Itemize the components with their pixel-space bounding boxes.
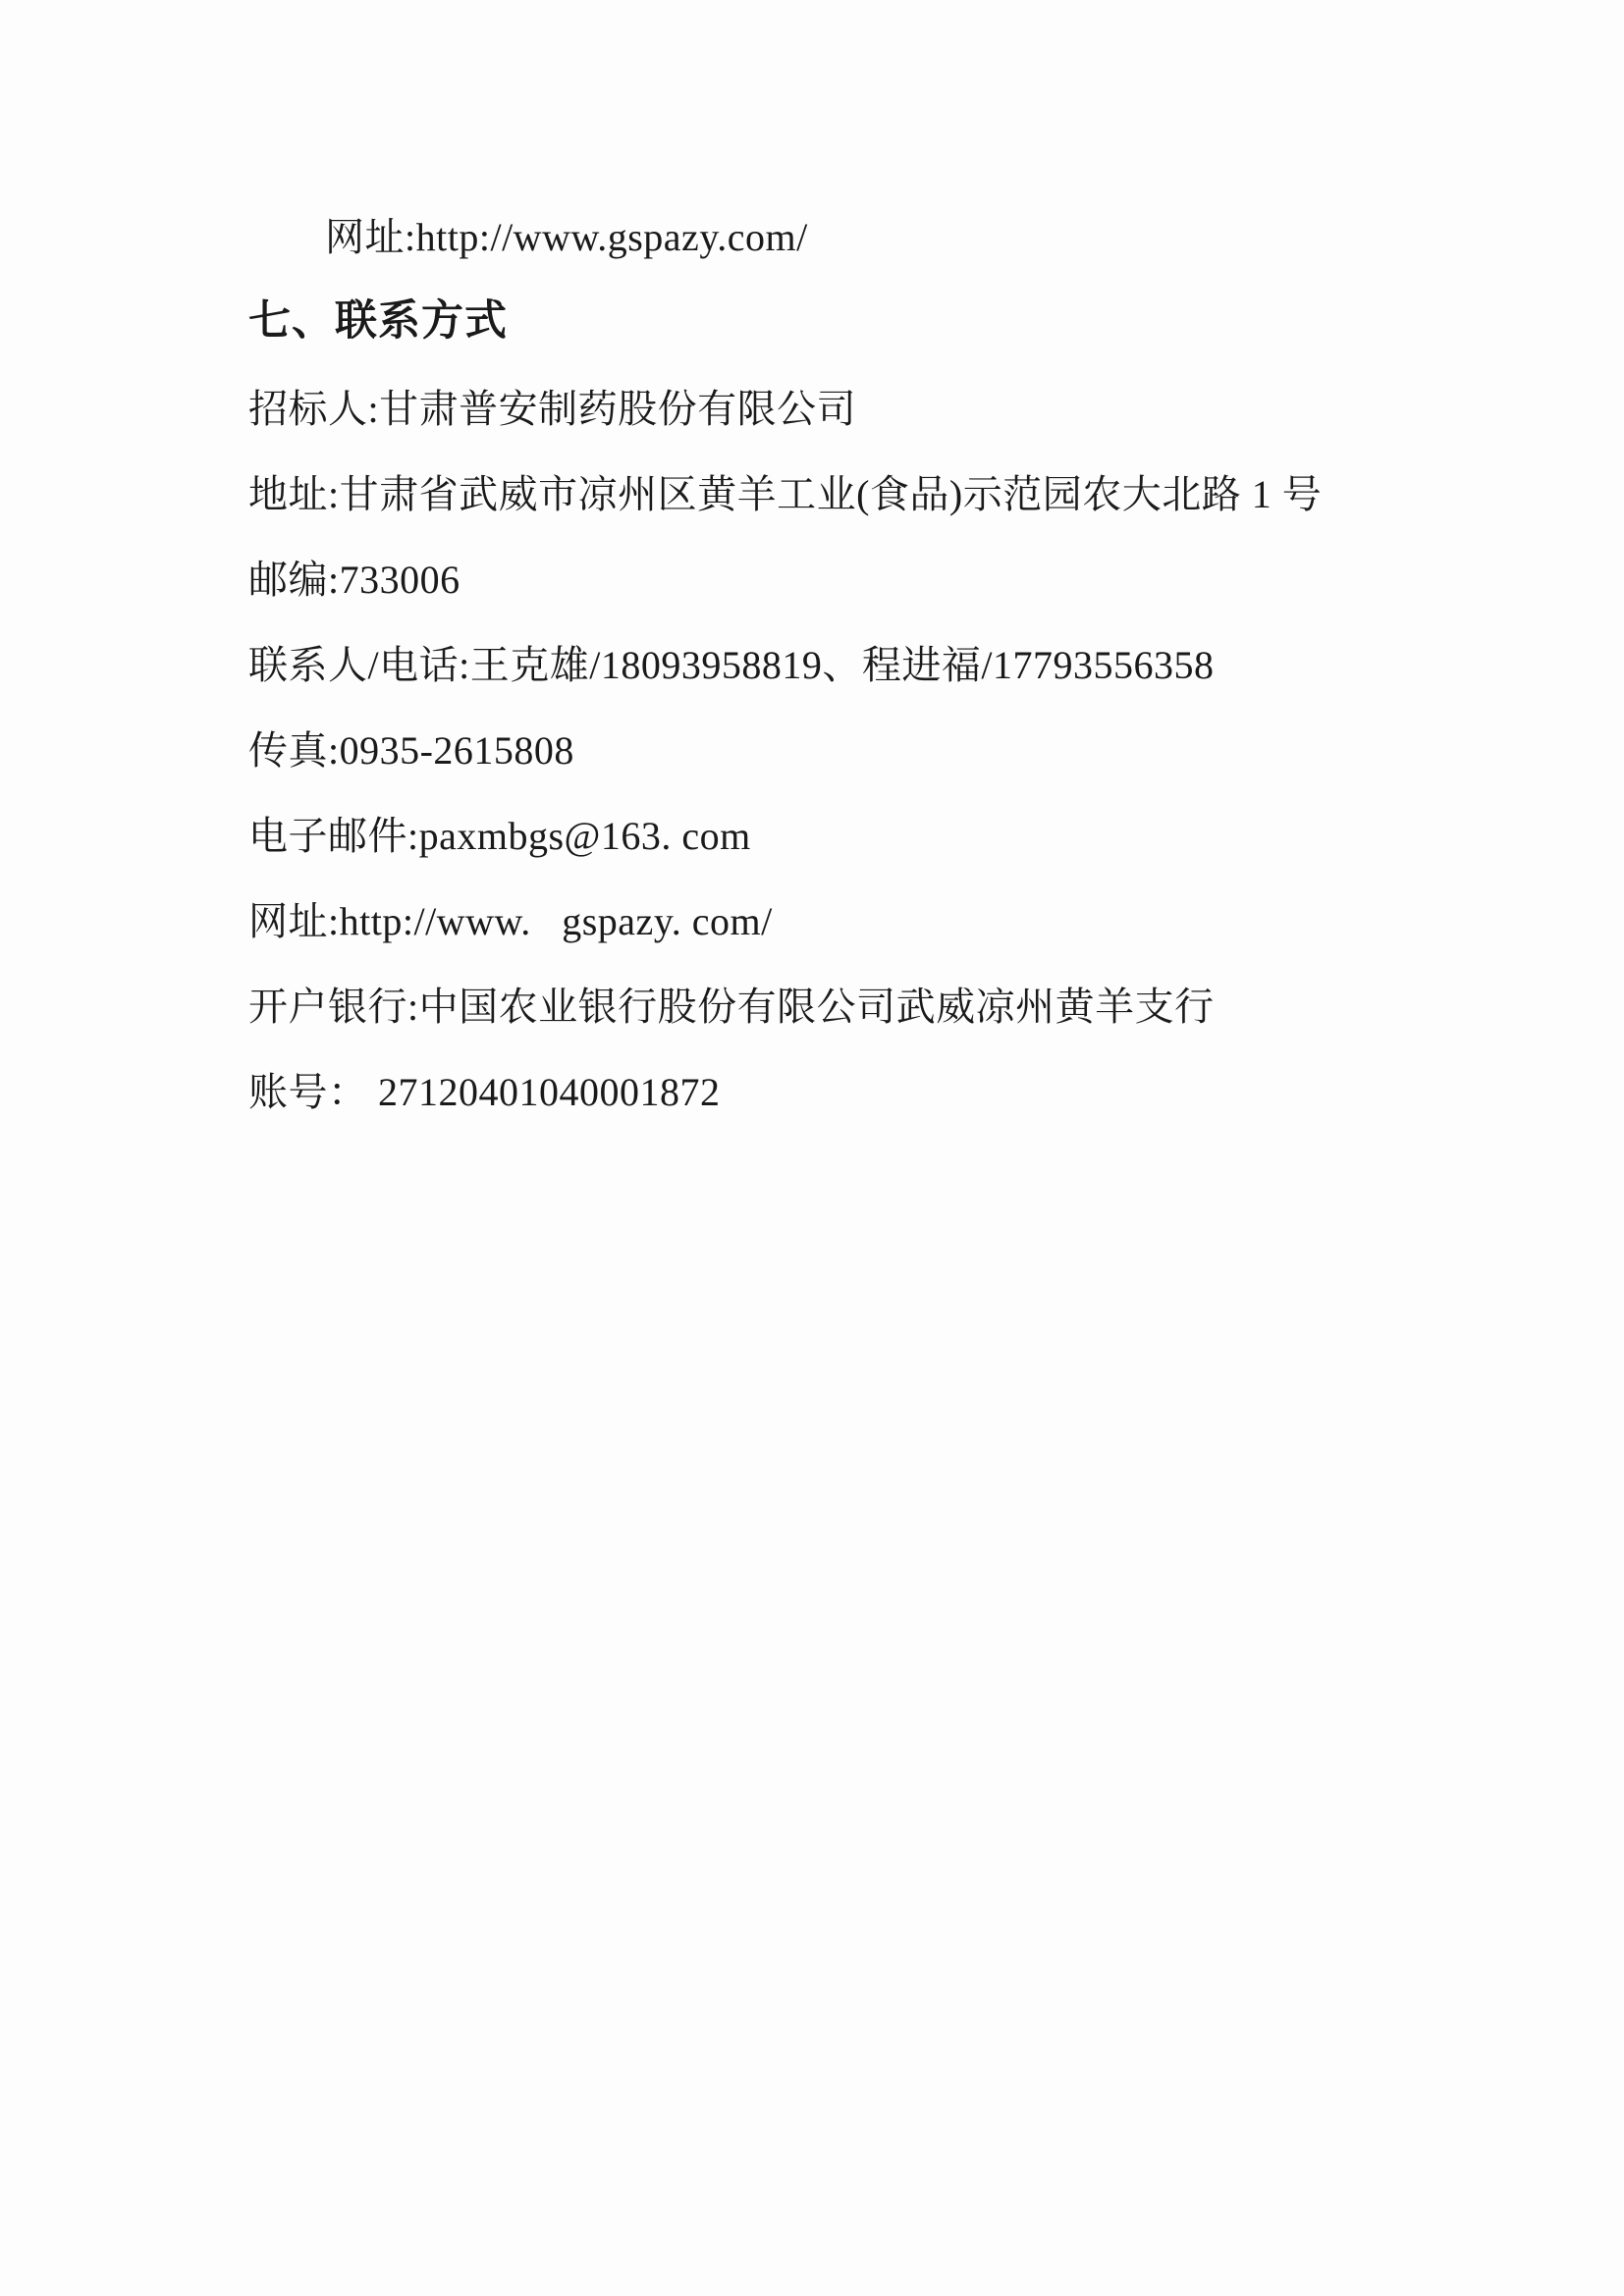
bidder-line: 招标人:甘肃普安制药股份有限公司: [248, 390, 1408, 429]
email-line: 电子邮件:paxmbgs@163. com: [248, 817, 1408, 856]
bank-line: 开户银行:中国农业银行股份有限公司武威凉州黄羊支行: [248, 988, 1408, 1027]
top-website-line: 网址:http://www.gspazy.com/: [248, 218, 1408, 257]
account-number-line: 账号： 27120401040001872: [248, 1073, 1408, 1112]
website-line: 网址:http://www. gspazy. com/: [248, 902, 1408, 941]
section-heading-contact-info: 七、联系方式: [248, 300, 1408, 343]
fax-line: 传真:0935-2615808: [248, 731, 1408, 771]
address-line: 地址:甘肃省武威市凉州区黄羊工业(食品)示范园农大北路 1 号: [248, 475, 1408, 514]
document-page: 网址:http://www.gspazy.com/ 七、联系方式 招标人:甘肃普…: [0, 0, 1624, 2296]
contact-phone-line: 联系人/电话:王克雄/18093958819、程进福/17793556358: [248, 646, 1408, 685]
postcode-line: 邮编:733006: [248, 561, 1408, 600]
